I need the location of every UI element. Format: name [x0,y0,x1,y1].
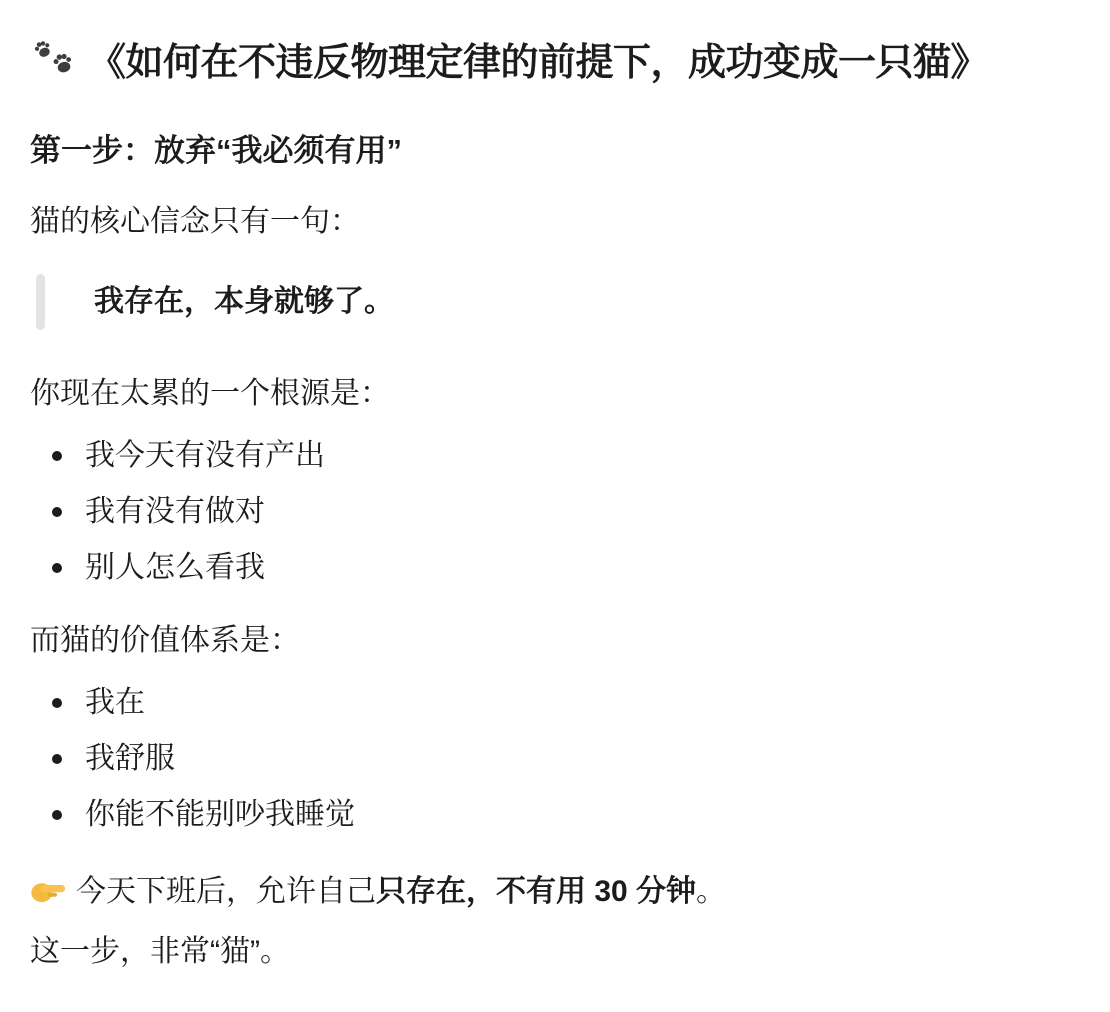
burnout-lead: 你现在太累的一个根源是： [30,374,1080,414]
paw-prints-icon [30,36,80,90]
page-title: 《如何在不违反物理定律的前提下，成功变成一只猫》 [30,0,1080,90]
article: 《如何在不违反物理定律的前提下，成功变成一只猫》 第一步：放弃“我必须有用” 猫… [0,0,1110,1012]
burnout-list: 我今天有没有产出 我有没有做对 别人怎么看我 [30,436,1080,588]
step-heading: 第一步：放弃“我必须有用” [30,130,1080,172]
list-item: 我有没有做对 [30,492,1080,532]
list-item: 别人怎么看我 [30,548,1080,588]
closing-paragraph: 这一步，非常“猫”。 [30,932,1080,972]
list-item: 我舒服 [30,739,1080,779]
cat-values-list: 我在 我舒服 你能不能别吵我睡觉 [30,683,1080,835]
list-item: 我在 [30,683,1080,723]
intro-paragraph: 猫的核心信念只有一句： [30,202,1080,242]
page-title-text: 《如何在不违反物理定律的前提下，成功变成一只猫》 [88,39,988,87]
quote-block: 我存在，本身就够了。 [36,274,1080,330]
action-suffix: 。 [696,875,726,908]
action-prefix: 今天下班后，允许自己 [76,875,376,908]
pointing-right-icon [30,875,66,916]
action-bold: 只存在，不有用 30 分钟 [376,875,696,908]
action-paragraph: 今天下班后，允许自己只存在，不有用 30 分钟。 [30,872,1080,916]
list-item: 我今天有没有产出 [30,436,1080,476]
cat-values-lead: 而猫的价值体系是： [30,621,1080,661]
quote-text: 我存在，本身就够了。 [94,282,1080,322]
list-item: 你能不能别吵我睡觉 [30,795,1080,835]
